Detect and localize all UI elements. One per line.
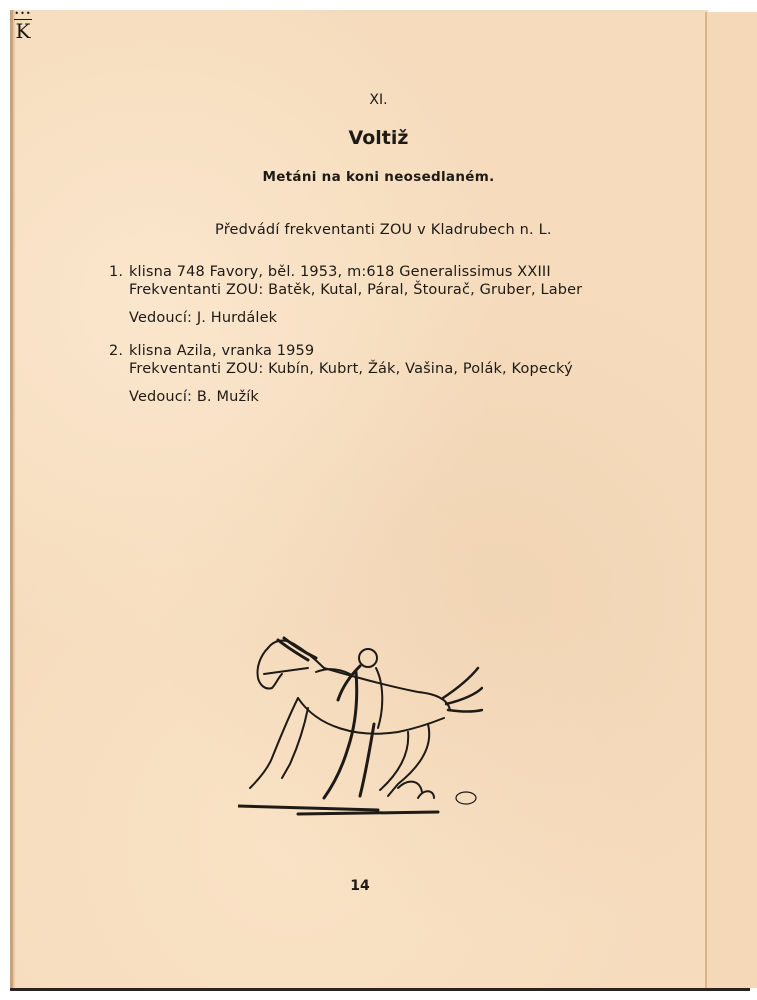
entry-riders: Frekventanti ZOU: Batěk, Kutal, Páral, Š… bbox=[109, 281, 582, 299]
entry-item: 2.klisna Azila, vranka 1959 Frekventanti… bbox=[109, 342, 573, 406]
section-number: XI. bbox=[0, 92, 757, 108]
entry-riders: Frekventanti ZOU: Kubín, Kubrt, Žák, Vaš… bbox=[109, 360, 573, 378]
entry-leader: Vedoucí: J. Hurdálek bbox=[109, 309, 582, 327]
entry-number: 1. bbox=[109, 263, 129, 281]
section-title: Voltiž bbox=[0, 127, 757, 149]
entry-horse: klisna 748 Favory, běl. 1953, m:618 Gene… bbox=[129, 264, 551, 280]
crown-dots-icon: ••• bbox=[14, 10, 31, 18]
entry-leader: Vedoucí: B. Mužík bbox=[109, 388, 573, 406]
entry-item: 1.klisna 748 Favory, běl. 1953, m:618 Ge… bbox=[109, 263, 582, 327]
watermark-logo: ••• K bbox=[12, 10, 34, 50]
section-subtitle: Metáni na koni neosedlaném. bbox=[0, 169, 757, 185]
entry-horse: klisna Azila, vranka 1959 bbox=[129, 343, 314, 359]
entry-number: 2. bbox=[109, 342, 129, 360]
logo-letter: K bbox=[16, 21, 31, 41]
page-bottom-edge bbox=[10, 988, 750, 991]
facing-page-edge bbox=[705, 12, 757, 988]
presenter-line: Předvádí frekventanti ZOU v Kladrubech n… bbox=[215, 222, 552, 238]
page-number: 14 bbox=[0, 878, 720, 894]
horse-vaulting-illustration bbox=[238, 628, 483, 818]
booklet-page bbox=[10, 10, 708, 990]
